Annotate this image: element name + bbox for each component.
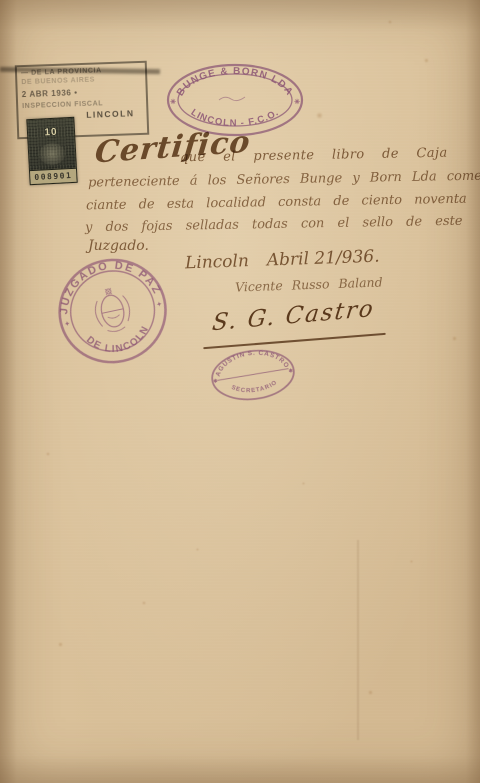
foxing-spot <box>368 690 373 695</box>
secretary-oval-stamp: AGUSTIN S. CASTRO SECRETARIO ✱ ✱ <box>205 343 301 408</box>
handwritten-line3: ciante de esta localidad consta de cient… <box>86 192 467 214</box>
foxing-spot <box>424 58 429 63</box>
handwritten-line4: y dos fojas selladas todas con el sello … <box>85 214 463 236</box>
document-page: — DE LA PROVINCIA DE BUENOS AIRES 2 ABR … <box>0 0 480 783</box>
office-stamp-date: 2 ABR 1936 • <box>22 85 142 99</box>
revenue-stamp-value: 10 <box>28 126 75 139</box>
juzgado-stamp-separator-right-icon: ✦ <box>156 301 162 309</box>
juzgado-de-paz-round-stamp: JUZGADO DE PAZ DE LINCOLN ✦ ✦ <box>43 245 182 381</box>
bunge-stamp-star-left-icon: ✳ <box>170 98 176 106</box>
juzgado-stamp-bottom-text: DE LINCOLN <box>83 322 156 361</box>
foxing-spot <box>142 601 146 605</box>
coat-of-arms-icon <box>91 285 133 335</box>
foxing-spot <box>316 112 323 119</box>
svg-text:AGUSTIN S. CASTRO: AGUSTIN S. CASTRO <box>212 346 290 379</box>
revenue-stamp: 10 008901 <box>26 117 77 185</box>
svg-text:BUNGE & BORN LDA: BUNGE & BORN LDA <box>175 66 295 98</box>
foxing-spot <box>196 548 199 551</box>
bunge-stamp-star-right-icon: ✳ <box>294 98 300 106</box>
svg-text:DE LINCOLN: DE LINCOLN <box>83 322 156 361</box>
handwritten-date: Abril 21/936. <box>266 247 379 271</box>
foxing-spot <box>452 336 457 341</box>
secretary-stamp-top-text: AGUSTIN S. CASTRO <box>212 346 290 379</box>
handwritten-place: Lincoln <box>185 251 249 273</box>
foxing-spot <box>410 560 413 563</box>
foxing-spot <box>302 482 305 485</box>
handwritten-signer-name: Vicente Russo Baland <box>235 274 383 294</box>
revenue-stamp-emblem <box>39 142 66 165</box>
revenue-stamp-serial: 008901 <box>30 168 77 184</box>
handwritten-line2: perteneciente á los Señores Bunge y Born… <box>88 169 480 191</box>
foxing-spot <box>46 452 50 456</box>
handwritten-signature: S. G. Castro <box>211 296 377 337</box>
foxing-spot <box>58 642 63 647</box>
paper-crease <box>357 540 359 740</box>
juzgado-stamp-separator-left-icon: ✦ <box>64 320 70 328</box>
bunge-stamp-top-text: BUNGE & BORN LDA <box>175 66 295 98</box>
secretary-stamp-star-left-icon: ✱ <box>213 378 219 385</box>
handwritten-dateline: LincolnAbril 21/936. <box>185 247 380 274</box>
foxing-spot <box>388 20 392 24</box>
